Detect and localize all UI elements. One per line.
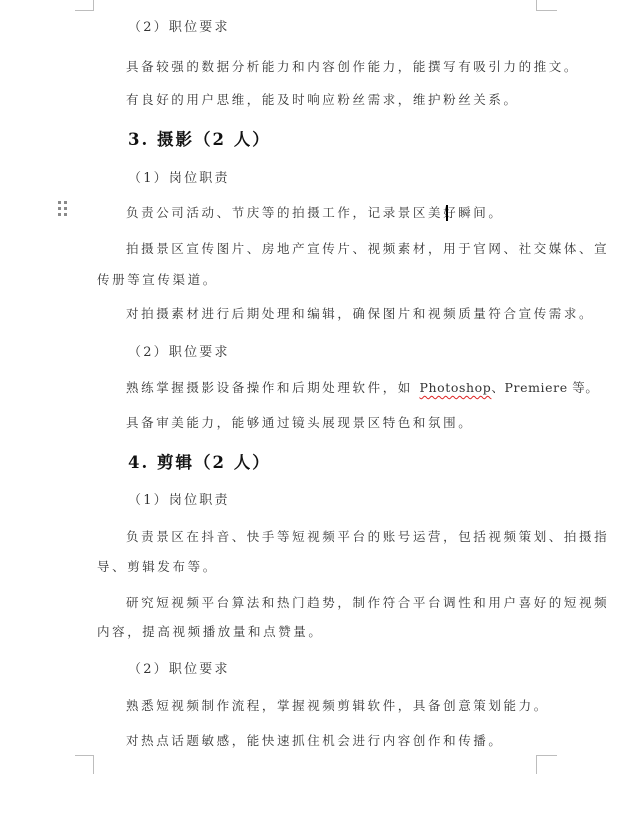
spellcheck-flagged-word[interactable]: Photoshop: [419, 380, 491, 395]
document-page[interactable]: （2）职位要求 具备较强的数据分析能力和内容创作能力，能撰写有吸引力的推文。 有…: [0, 0, 630, 827]
drag-handle-icon[interactable]: [58, 201, 68, 217]
paragraph[interactable]: 负责景区在抖音、快手等短视频平台的账号运营，包括视频策划、拍摄指: [126, 529, 566, 545]
paragraph-continuation[interactable]: 传册等宣传渠道。: [97, 272, 537, 288]
margin-corner-bottom-left: [75, 755, 94, 774]
section-heading-editing[interactable]: 4. 剪辑（2 人）: [128, 453, 568, 473]
text-caret: [446, 205, 448, 221]
subheading-duties[interactable]: （1）岗位职责: [128, 171, 568, 187]
paragraph[interactable]: 具备较强的数据分析能力和内容创作能力，能撰写有吸引力的推文。: [126, 59, 566, 75]
margin-corner-bottom-right: [536, 755, 557, 774]
subheading-requirements[interactable]: （2）职位要求: [128, 20, 568, 36]
paragraph[interactable]: 对拍摄素材进行后期处理和编辑，确保图片和视频质量符合宣传需求。: [126, 306, 566, 322]
paragraph[interactable]: 具备审美能力，能够通过镜头展现景区特色和氛围。: [126, 415, 566, 431]
subheading-requirements[interactable]: （2）职位要求: [128, 345, 568, 361]
paragraph-continuation[interactable]: 导、剪辑发布等。: [97, 559, 537, 575]
paragraph[interactable]: 熟练掌握摄影设备操作和后期处理软件，如 Photoshop、Premiere 等…: [126, 380, 566, 396]
section-heading-photography[interactable]: 3. 摄影（2 人）: [128, 130, 568, 150]
paragraph[interactable]: 对热点话题敏感，能快速抓住机会进行内容创作和传播。: [126, 733, 566, 749]
paragraph-continuation[interactable]: 内容，提高视频播放量和点赞量。: [97, 624, 537, 640]
paragraph[interactable]: 拍摄景区宣传图片、房地产宣传片、视频素材，用于官网、社交媒体、宣: [126, 241, 566, 257]
paragraph[interactable]: 有良好的用户思维，能及时响应粉丝需求，维护粉丝关系。: [126, 92, 566, 108]
text-run: 、Premiere 等。: [491, 380, 598, 395]
subheading-duties[interactable]: （1）岗位职责: [128, 493, 568, 509]
paragraph[interactable]: 研究短视频平台算法和热门趋势，制作符合平台调性和用户喜好的短视频: [126, 595, 566, 611]
paragraph[interactable]: 熟悉短视频制作流程，掌握视频剪辑软件，具备创意策划能力。: [126, 698, 566, 714]
text-run: 熟练掌握摄影设备操作和后期处理软件，如: [126, 380, 419, 395]
margin-corner-top-right: [536, 0, 557, 11]
margin-corner-top-left: [75, 0, 94, 11]
subheading-requirements[interactable]: （2）职位要求: [128, 662, 568, 678]
paragraph[interactable]: 负责公司活动、节庆等的拍摄工作，记录景区美好瞬间。: [126, 205, 566, 221]
